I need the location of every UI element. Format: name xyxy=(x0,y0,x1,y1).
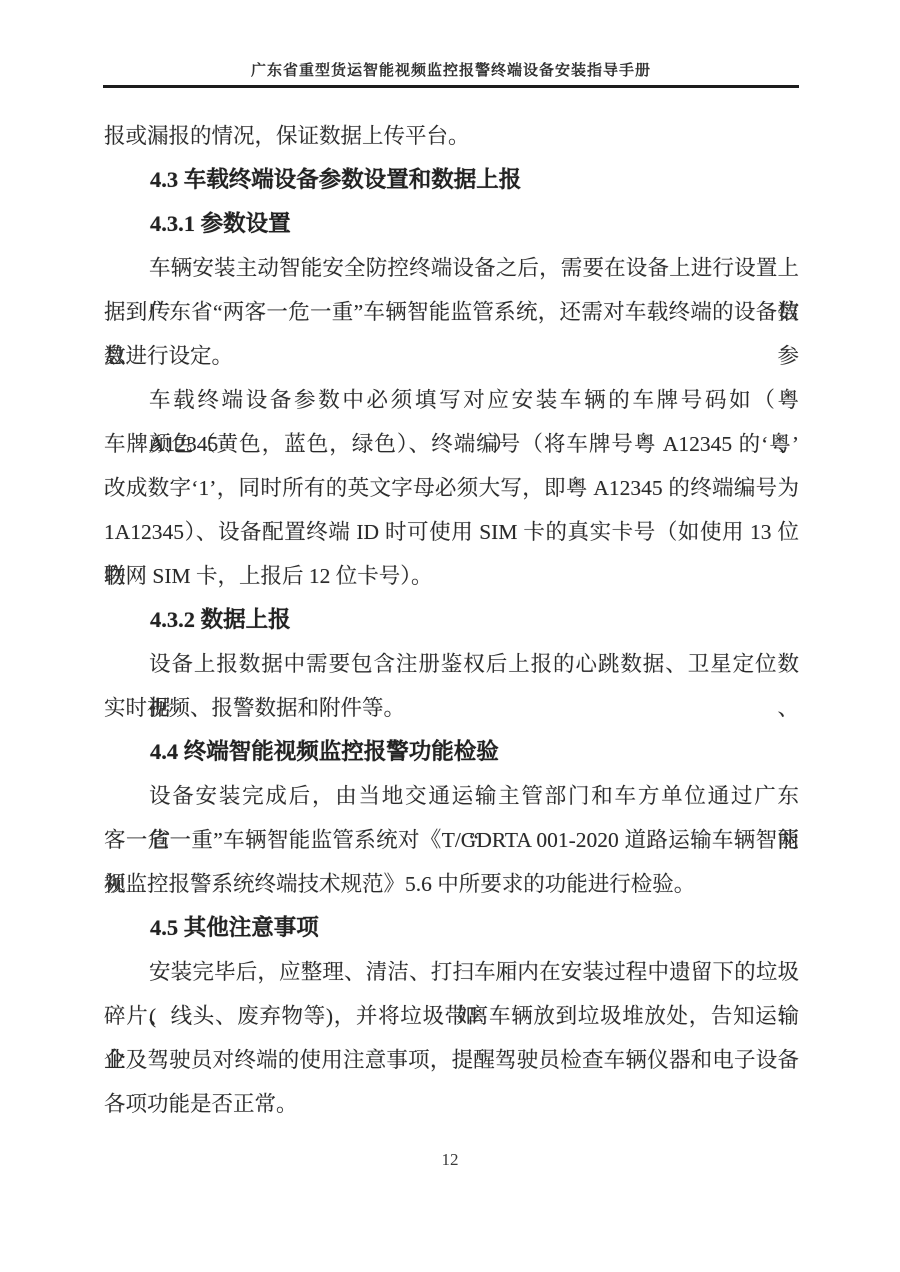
section-heading: 4.3 车载终端设备参数设置和数据上报 xyxy=(104,158,799,202)
paragraph-line: 客一危一重”车辆智能监管系统对《T/GDRTA 001-2020 道路运输车辆智… xyxy=(104,818,799,862)
paragraph-line: 车载终端设备参数中必须填写对应安装车辆的车牌号码如（粤 A12345）、 xyxy=(104,378,799,422)
paragraph-line: 碎片、线头、废弃物等)，并将垃圾带离车辆放到垃圾堆放处，告知运输企 xyxy=(104,994,799,1038)
paragraph-line: 各项功能是否正常。 xyxy=(104,1082,799,1126)
paragraph-line: 1A12345）、设备配置终端 ID 时可使用 SIM 卡的真实卡号（如使用 1… xyxy=(104,510,799,554)
section-heading: 4.3.2 数据上报 xyxy=(104,598,799,642)
running-header-title: 广东省重型货运智能视频监控报警终端设备安装指导手册 xyxy=(104,59,798,80)
paragraph-line: 联网 SIM 卡，上报后 12 位卡号）。 xyxy=(104,554,799,598)
document-body: 报或漏报的情况，保证数据上传平台。4.3 车载终端设备参数设置和数据上报4.3.… xyxy=(104,114,799,1126)
page-number: 12 xyxy=(442,1150,459,1169)
paragraph-line: 业及驾驶员对终端的使用注意事项，提醒驾驶员检查车辆仪器和电子设备 xyxy=(104,1038,799,1082)
paragraph-line: 据到广东省“两客一危一重”车辆智能监管系统，还需对车载终端的设备信息参 xyxy=(104,290,799,334)
page-footer: 12 xyxy=(0,1150,900,1170)
header-rule xyxy=(103,85,799,88)
paragraph-line: 报或漏报的情况，保证数据上传平台。 xyxy=(104,114,799,158)
paragraph-line: 设备安装完成后，由当地交通运输主管部门和车方单位通过广东省“两 xyxy=(104,774,799,818)
paragraph-line: 车辆安装主动智能安全防控终端设备之后，需要在设备上进行设置上传数 xyxy=(104,246,799,290)
section-heading: 4.5 其他注意事项 xyxy=(104,906,799,950)
section-heading: 4.3.1 参数设置 xyxy=(104,202,799,246)
paragraph-line: 设备上报数据中需要包含注册鉴权后上报的心跳数据、卫星定位数据、 xyxy=(104,642,799,686)
section-heading: 4.4 终端智能视频监控报警功能检验 xyxy=(104,730,799,774)
document-page: 广东省重型货运智能视频监控报警终端设备安装指导手册 报或漏报的情况，保证数据上传… xyxy=(0,0,900,1272)
paragraph-line: 频监控报警系统终端技术规范》5.6 中所要求的功能进行检验。 xyxy=(104,862,799,906)
paragraph-line: 安装完毕后，应整理、清洁、打扫车厢内在安装过程中遗留下的垃圾(如： xyxy=(104,950,799,994)
paragraph-line: 车牌颜色（黄色，蓝色，绿色）、终端编号（将车牌号粤 A12345 的‘粤’ xyxy=(104,422,799,466)
paragraph-line: 改成数字‘1’，同时所有的英文字母必须大写，即粤 A12345 的终端编号为 xyxy=(104,466,799,510)
